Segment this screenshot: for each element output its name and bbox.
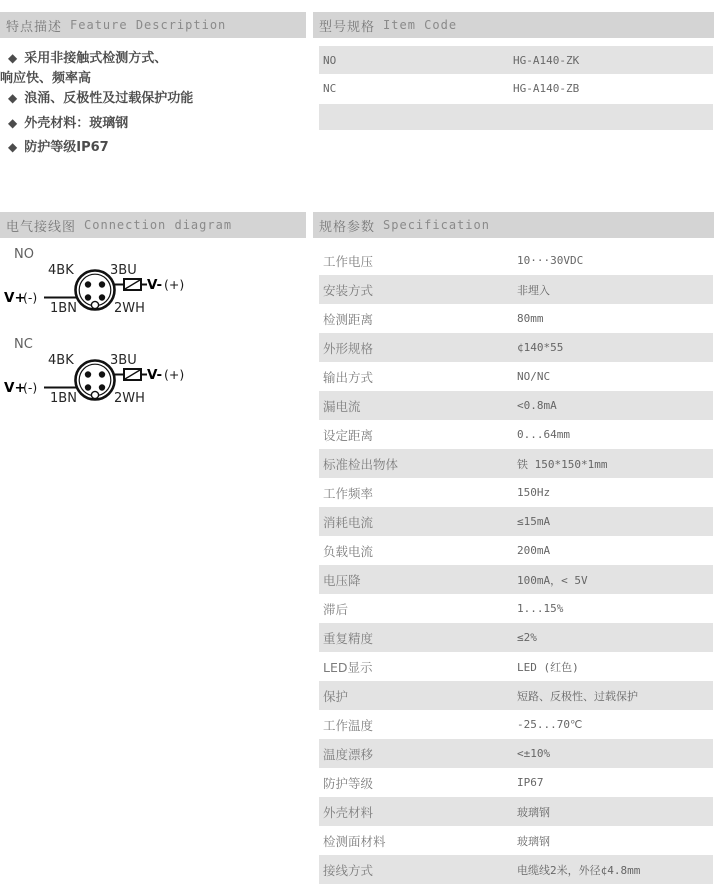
spec-value: 1...15% [517, 602, 563, 615]
spec-label: 负载电流 [319, 542, 517, 560]
pin-label-2wh: 2WH [114, 301, 145, 316]
specification-table: 工作电压10···30VDC安装方式非埋入检测距离80mm外形规格¢140*55… [319, 246, 713, 884]
item-type: NC [319, 82, 513, 95]
spec-label: 外形规格 [319, 339, 517, 357]
spec-value: 200mA [517, 544, 550, 557]
spec-label: 安装方式 [319, 281, 517, 299]
spec-value: 150Hz [517, 486, 550, 499]
spec-row: LED显示LED (红色) [319, 652, 713, 681]
feature-header-en: Feature Description [70, 18, 226, 32]
spec-value: 非埋入 [517, 282, 550, 298]
connector-pin1 [85, 384, 91, 390]
connection-section-header: 电气接线图 Connection diagram [0, 212, 306, 238]
connector-pin2 [99, 294, 105, 300]
feature-section-header: 特点描述 Feature Description [0, 12, 306, 38]
spec-row: 工作电压10···30VDC [319, 246, 713, 275]
spec-row: 外形规格¢140*55 [319, 333, 713, 362]
spec-label: LED显示 [319, 658, 517, 676]
diamond-bullet-icon: ◆ [8, 51, 17, 65]
diamond-bullet-icon: ◆ [8, 140, 17, 154]
spec-label: 漏电流 [319, 397, 517, 415]
vminus-label: V- [147, 277, 162, 293]
spec-label: 温度漂移 [319, 745, 517, 763]
item-code: HG-A140-ZK [513, 54, 713, 67]
vminus-label: V- [147, 367, 162, 383]
feature-item-text: 浪涌、反极性及过载保护功能 [24, 91, 193, 106]
pin-label-3bu: 3BU [110, 353, 137, 368]
spec-row: 安装方式非埋入 [319, 275, 713, 304]
spec-label: 保护 [319, 687, 517, 705]
spec-value: 玻璃钢 [517, 833, 550, 849]
feature-item: ◆采用非接触式检测方式、 [8, 47, 167, 66]
spec-row: 电压降100mA，< 5V [319, 565, 713, 594]
item-code-header-en: Item Code [383, 18, 457, 32]
spec-label: 接线方式 [319, 861, 517, 879]
spec-value: ≤15mA [517, 515, 550, 528]
item-type: NO [319, 54, 513, 67]
feature-item: ◆浪涌、反极性及过载保护功能 [8, 87, 193, 106]
spec-value: ≤2% [517, 631, 537, 644]
spec-label: 重复精度 [319, 629, 517, 647]
connection-header-zh: 电气接线图 [6, 216, 76, 235]
datasheet-page: 特点描述 Feature Description ◆采用非接触式检测方式、响应快… [0, 0, 724, 892]
spec-value: NO/NC [517, 370, 550, 383]
spec-value: <0.8mA [517, 399, 557, 412]
specification-header-zh: 规格参数 [319, 216, 375, 235]
diamond-bullet-icon: ◆ [8, 91, 17, 105]
spec-label: 工作温度 [319, 716, 517, 734]
spec-value: LED (红色) [517, 659, 579, 675]
spec-value: 短路、反极性、过载保护 [517, 688, 638, 704]
diagram-label-nc: NC [14, 337, 33, 352]
spec-label: 检测距离 [319, 310, 517, 328]
spec-row: 漏电流<0.8mA [319, 391, 713, 420]
spec-row: 检测面材料玻璃钢 [319, 826, 713, 855]
spec-label: 工作电压 [319, 252, 517, 270]
vminus-polarity: (+) [164, 277, 184, 292]
pin-label-2wh: 2WH [114, 391, 145, 406]
spec-value: <±10% [517, 747, 550, 760]
item-code: HG-A140-ZB [513, 82, 713, 95]
item-code-row: NCHG-A140-ZB [319, 74, 713, 102]
feature-item-text: 采用非接触式检测方式、 [24, 51, 167, 66]
connector-pin4 [85, 281, 91, 287]
spec-label: 输出方式 [319, 368, 517, 386]
spec-label: 外壳材料 [319, 803, 517, 821]
pin-label-4bk: 4BK [48, 263, 74, 278]
spec-row: 工作频率150Hz [319, 478, 713, 507]
connector-pin4 [85, 371, 91, 377]
vplus-polarity: (-) [23, 290, 37, 305]
spec-row: 消耗电流≤15mA [319, 507, 713, 536]
spec-label: 滞后 [319, 600, 517, 618]
pin-label-4bk: 4BK [48, 353, 74, 368]
spec-row: 重复精度≤2% [319, 623, 713, 652]
feature-item: ◆外壳材料：玻璃钢 [8, 112, 128, 131]
spec-row: 检测距离80mm [319, 304, 713, 333]
feature-item-text: 响应快、频率高 [0, 71, 91, 86]
spec-row: 标准检出物体铁 150*150*1mm [319, 449, 713, 478]
spec-row: 接线方式电缆线2米，外径¢4.8mm [319, 855, 713, 884]
spec-label: 设定距离 [319, 426, 517, 444]
spec-value: 100mA，< 5V [517, 572, 588, 588]
item-code-row: NOHG-A140-ZK [319, 46, 713, 74]
spec-row: 防护等级IP67 [319, 768, 713, 797]
item-code-row [319, 104, 713, 130]
spec-row: 外壳材料玻璃钢 [319, 797, 713, 826]
spec-row: 保护短路、反极性、过载保护 [319, 681, 713, 710]
feature-item-text: 防护等级IP67 [24, 140, 108, 155]
spec-row: 滞后1...15% [319, 594, 713, 623]
connector-pin3 [99, 371, 105, 377]
item-code-header-zh: 型号规格 [319, 16, 375, 35]
spec-value: ¢140*55 [517, 341, 563, 354]
spec-label: 电压降 [319, 571, 517, 589]
spec-row: 负载电流200mA [319, 536, 713, 565]
connector-keyway [91, 301, 98, 308]
spec-row: 输出方式NO/NC [319, 362, 713, 391]
feature-item: ◆防护等级IP67 [8, 136, 109, 155]
spec-value: 0...64mm [517, 428, 570, 441]
spec-value: 电缆线2米，外径¢4.8mm [517, 862, 640, 878]
spec-row: 工作温度-25...70℃ [319, 710, 713, 739]
spec-value: IP67 [517, 776, 544, 789]
spec-value: 80mm [517, 312, 544, 325]
spec-label: 检测面材料 [319, 832, 517, 850]
pin-label-3bu: 3BU [110, 263, 137, 278]
spec-row: 设定距离0...64mm [319, 420, 713, 449]
connector-pin1 [85, 294, 91, 300]
vplus-polarity: (-) [23, 380, 37, 395]
spec-value: 10···30VDC [517, 254, 583, 267]
pin-label-1bn: 1BN [50, 391, 77, 406]
connector-pin2 [99, 384, 105, 390]
spec-value: 铁 150*150*1mm [517, 456, 607, 472]
diamond-bullet-icon: ◆ [8, 116, 17, 130]
spec-label: 消耗电流 [319, 513, 517, 531]
item-code-section-header: 型号规格 Item Code [313, 12, 714, 38]
connector-keyway [91, 391, 98, 398]
connection-header-en: Connection diagram [84, 218, 232, 232]
spec-value: 玻璃钢 [517, 804, 550, 820]
wiring-diagram-no: NO 4BK 3BU 1BN 2WH V+ (-) V- (+) [0, 243, 210, 325]
spec-label: 防护等级 [319, 774, 517, 792]
feature-item: 响应快、频率高 [0, 67, 91, 86]
feature-header-zh: 特点描述 [6, 16, 62, 35]
diagram-label-no: NO [14, 247, 34, 262]
connector-pin3 [99, 281, 105, 287]
feature-item-text: 外壳材料：玻璃钢 [24, 116, 128, 131]
wiring-diagram-nc: NC 4BK 3BU 1BN 2WH V+ (-) V- (+) [0, 333, 210, 415]
spec-label: 标准检出物体 [319, 455, 517, 473]
spec-value: -25...70℃ [517, 718, 582, 731]
pin-label-1bn: 1BN [50, 301, 77, 316]
vminus-polarity: (+) [164, 367, 184, 382]
spec-label: 工作频率 [319, 484, 517, 502]
specification-header-en: Specification [383, 218, 490, 232]
specification-section-header: 规格参数 Specification [313, 212, 714, 238]
spec-row: 温度漂移<±10% [319, 739, 713, 768]
